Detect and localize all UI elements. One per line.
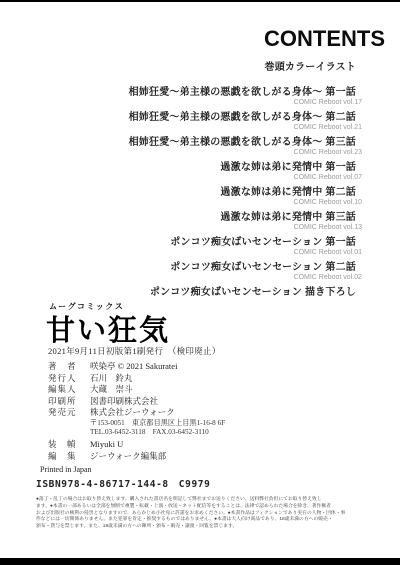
credit-row-design: 装 幀 Miyuki U	[48, 439, 166, 451]
toc-entry-title: 相姉狂愛～弟主様の悪戯を欲しがる身体～ 第一話	[0, 87, 356, 99]
toc-entry-title: 過激な姉は弟に発情中 第二話	[0, 187, 356, 199]
toc-entry-ref: COMIC Reboot vol.21	[0, 124, 362, 132]
top-border-rule	[0, 0, 400, 2]
colophon-row-distributor: 発売元 株式会社ジーウォーク	[48, 407, 177, 419]
toc-entry-title: 巻頭カラーイラスト	[0, 62, 356, 74]
colophon-label: 編集人	[48, 384, 90, 396]
contents-heading: CONTENTS	[264, 26, 385, 52]
colophon-row-author: 著 者 咲染亭 © 2021 Sakuratei	[48, 361, 177, 373]
toc-entry-ref: COMIC Reboot vol.10	[0, 199, 362, 207]
toc-entry-title: ポンコツ痴女ばいセンセーション 描き下ろし	[0, 287, 356, 299]
toc-entry-ref: COMIC Reboot vol.17	[0, 99, 362, 107]
colophon-label: 印刷所	[48, 396, 90, 408]
toc-entry-ref: COMIC Reboot vol.01	[0, 249, 362, 257]
book-title: 甘い狂気	[46, 308, 170, 349]
colophon-value: 咲染亭 © 2021 Sakuratei	[90, 361, 177, 373]
colophon-credits: 著 者 咲染亭 © 2021 Sakuratei 発行人 石川 鈴丸 編集人 大…	[48, 361, 177, 419]
colophon-page: CONTENTS 巻頭カラーイラスト 相姉狂愛～弟主様の悪戯を欲しがる身体～ 第…	[0, 0, 400, 565]
address-line: 〒153-0051 東京都目黒区上目黒1-16-8 6F	[90, 419, 225, 428]
toc-entry-title: ポンコツ痴女ばいセンセーション 第一話	[0, 237, 356, 249]
toc-entry-title: 過激な姉は弟に発情中 第三話	[0, 212, 356, 224]
credit-value: Miyuki U	[90, 439, 123, 451]
colophon-row-editor: 編集人 大蔵 崇斗	[48, 384, 177, 396]
colophon-value: 大蔵 崇斗	[90, 384, 133, 396]
toc-entry-ref: COMIC Reboot vol.07	[0, 174, 362, 182]
colophon-value: 石川 鈴丸	[90, 373, 133, 385]
colophon-label: 発売元	[48, 407, 90, 419]
design-credits: 装 幀 Miyuki U 編 集 ジーウォーク編集部	[48, 439, 166, 462]
fine-print-line: 頒布・貸与を禁じます。また、18歳未満の方への陳列・頒布・販売・譲渡・回覧を禁じ…	[36, 524, 368, 531]
toc-entry-title: ポンコツ痴女ばいセンセーション 第二話	[0, 262, 356, 274]
fine-print-line: ●落丁・乱丁の場合はお取り替え致します。購入された書店名を明記して弊社までお送り…	[36, 497, 368, 504]
toc-entry-ref: COMIC Reboot vol.13	[0, 224, 362, 232]
toc-entry-ref: COMIC Reboot vol.23	[0, 149, 362, 157]
legal-fine-print: ●落丁・乱丁の場合はお取り替え致します。購入された書店名を明記して弊社までお送り…	[36, 497, 368, 531]
publisher-address: 〒153-0051 東京都目黒区上目黒1-16-8 6F TEL.03-6452…	[90, 419, 225, 436]
bottom-border-bar	[0, 558, 400, 565]
toc-entry-title: 過激な姉は弟に発情中 第一話	[0, 162, 356, 174]
colophon-row-printer: 印刷所 図書印刷株式会社	[48, 396, 177, 408]
colophon-label: 著 者	[48, 361, 90, 373]
fine-print-line: ます。●本書の一部あるいは全部を無断で複製・転載・上演・放送・ネット配信等をする…	[36, 504, 368, 511]
toc-entry-title: 相姉狂愛～弟主様の悪戯を欲しがる身体～ 第二話	[0, 112, 356, 124]
credit-value: ジーウォーク編集部	[90, 451, 166, 463]
toc-entry-ref: COMIC Reboot vol.02	[0, 274, 362, 282]
colophon-value: 株式会社ジーウォーク	[90, 407, 175, 419]
credit-row-editing: 編 集 ジーウォーク編集部	[48, 451, 166, 463]
table-of-contents: 巻頭カラーイラスト 相姉狂愛～弟主様の悪戯を欲しがる身体～ 第一話 COMIC …	[0, 62, 356, 312]
colophon-value: 図書印刷株式会社	[90, 396, 158, 408]
credit-label: 編 集	[48, 451, 90, 463]
colophon-label: 発行人	[48, 373, 90, 385]
address-line: TEL.03-6452-3118 FAX.03-6452-3110	[90, 428, 225, 437]
toc-entry-title: 相姉狂愛～弟主様の悪戯を欲しがる身体～ 第三話	[0, 137, 356, 149]
credit-label: 装 幀	[48, 439, 90, 451]
isbn-line: ISBN978-4-86717-144-8 C9979	[36, 476, 210, 490]
print-edition-info: 2021年9月11日初版第1刷発行 （検印廃止）	[48, 345, 221, 357]
printed-in-japan: Printed in Japan	[40, 465, 92, 474]
colophon-row-publisher: 発行人 石川 鈴丸	[48, 373, 177, 385]
